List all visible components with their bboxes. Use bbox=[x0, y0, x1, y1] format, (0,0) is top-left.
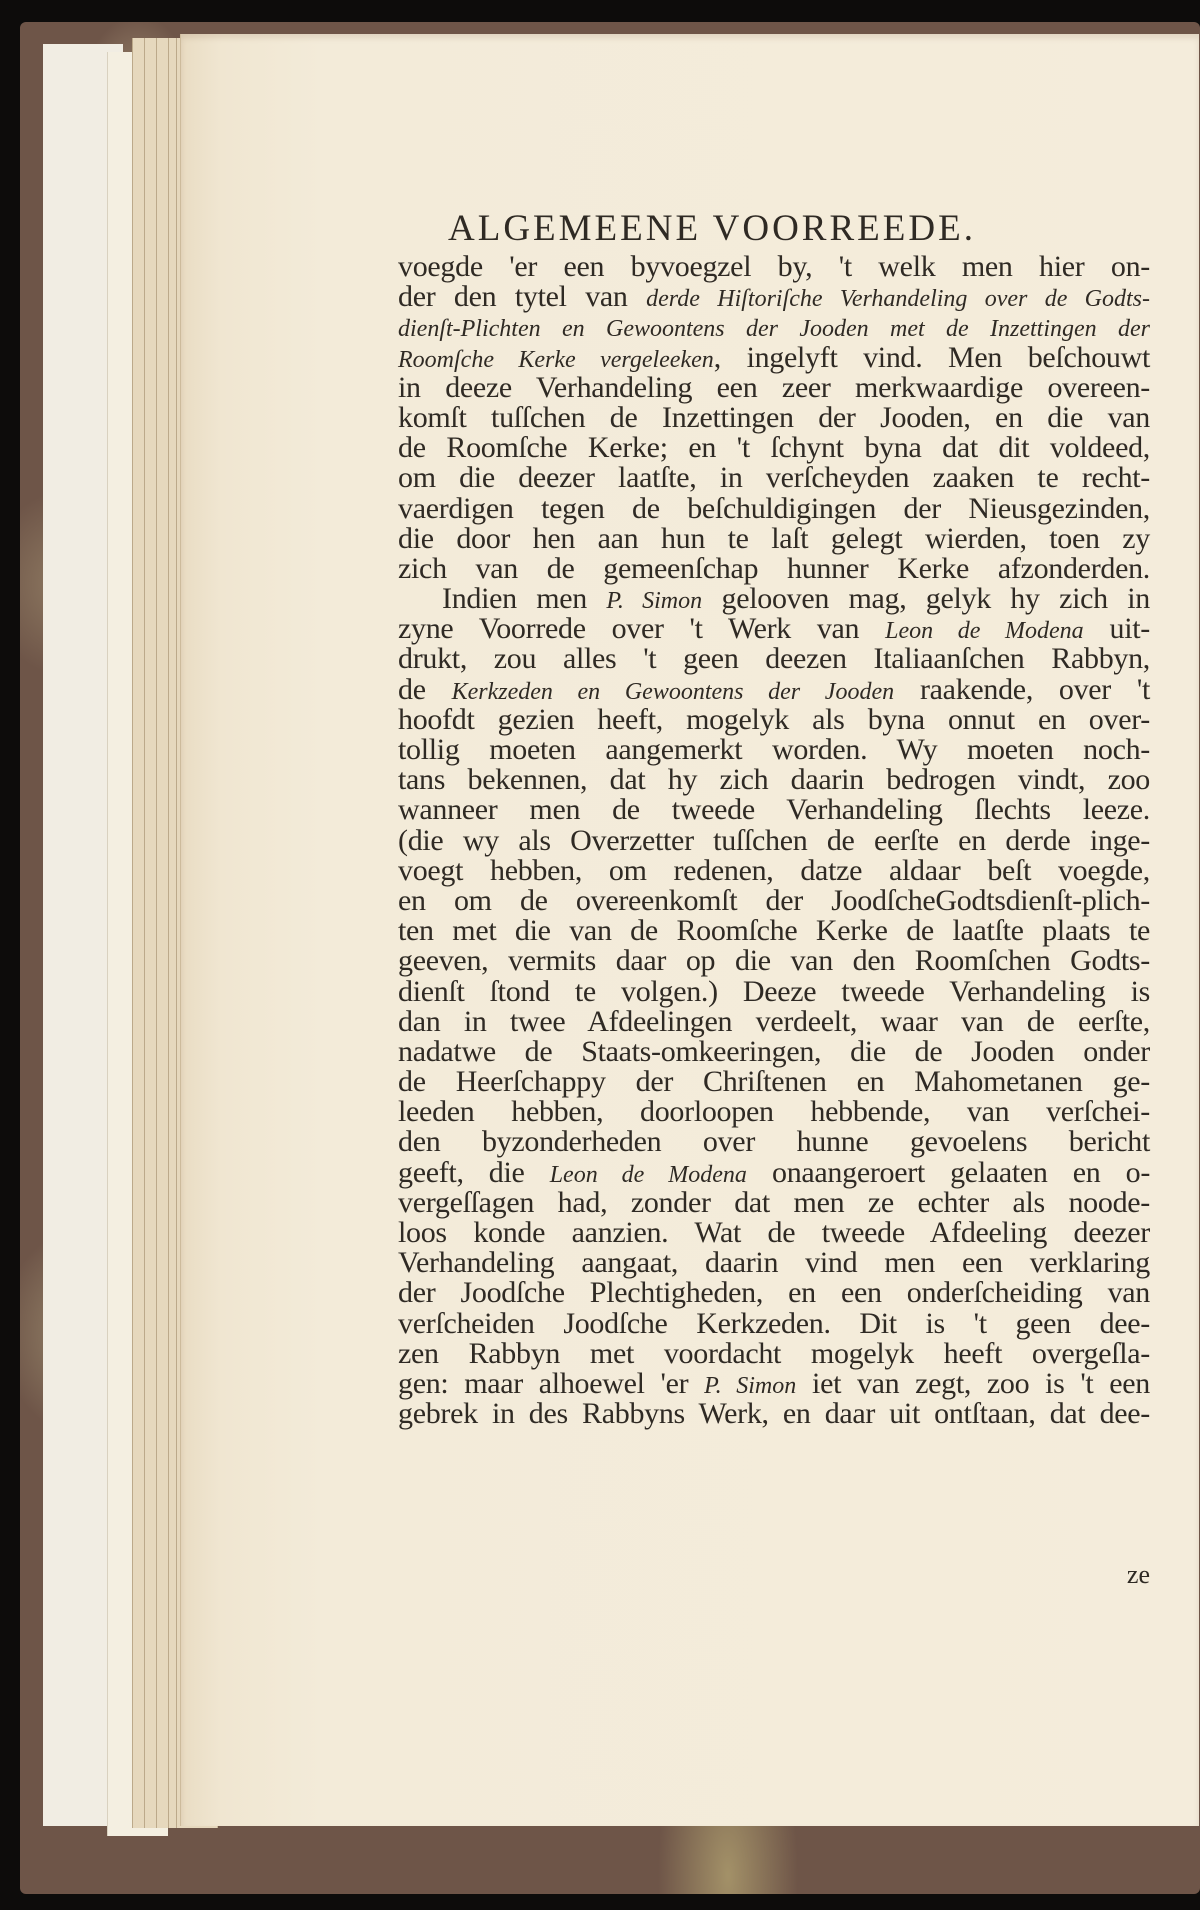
text-line: hoofdt gezien heeft, mogelyk als byna on… bbox=[398, 705, 1150, 735]
text-span: onaangeroert gelaaten en o- bbox=[747, 1156, 1150, 1189]
text-line: vaerdigen tegen de beſchuldigingen der N… bbox=[398, 494, 1150, 524]
text-line: der den tytel van derde Hiſtoriſche Verh… bbox=[398, 282, 1150, 312]
text-span: wanneer men de tweede Verhandeling ſlech… bbox=[398, 793, 1150, 826]
text-line: verſcheiden Joodſche Kerkzeden. Dit is '… bbox=[398, 1309, 1150, 1339]
page-text-block: ALGEMEENE VOORREEDE. voegde 'er een byvo… bbox=[398, 206, 1150, 1429]
text-span: gen: maar alhoewel 'er bbox=[398, 1367, 704, 1400]
text-span: gebrek in des Rabbyns Werk, en daar uit … bbox=[398, 1397, 1150, 1430]
text-span: zich van de gemeenſchap hunner Kerke afz… bbox=[398, 552, 1150, 585]
text-line: zen Rabbyn met voordacht mogelyk heeft o… bbox=[398, 1339, 1150, 1369]
text-span: verſcheiden Joodſche Kerkzeden. Dit is '… bbox=[398, 1307, 1150, 1340]
text-span: der Joodſche Plechtigheden, en een onder… bbox=[398, 1276, 1150, 1309]
italic-span: P. Simon bbox=[606, 588, 702, 614]
text-span: uit- bbox=[1084, 612, 1150, 645]
text-line: wanneer men de tweede Verhandeling ſlech… bbox=[398, 795, 1150, 825]
italic-span: Leon de Modena bbox=[550, 1162, 747, 1188]
text-span: voegde 'er een byvoegzel by, 't welk men… bbox=[398, 250, 1150, 283]
text-span: de Heerſchappy der Chriſtenen en Mahomet… bbox=[398, 1065, 1150, 1098]
text-span: raakende, over 't bbox=[894, 673, 1150, 706]
text-line: zyne Voorrede over 't Werk van Leon de M… bbox=[398, 614, 1150, 644]
text-line: voegde 'er een byvoegzel by, 't welk men… bbox=[398, 252, 1150, 282]
text-span: komſt tuſſchen de Inzettingen der Jooden… bbox=[398, 401, 1150, 434]
text-line: dienſt ſtond te volgen.) Deeze tweede Ve… bbox=[398, 977, 1150, 1007]
text-line: nadatwe de Staats-omkeeringen, die de Jo… bbox=[398, 1037, 1150, 1067]
text-span: dan in twee Afdeelingen verdeelt, waar v… bbox=[398, 1005, 1150, 1038]
text-span: Verhandeling aangaat, daarin vind men ee… bbox=[398, 1246, 1150, 1279]
text-span: vergeſſagen had, zonder dat men ze echte… bbox=[398, 1186, 1150, 1219]
text-span: voegt hebben, om redenen, datze aldaar b… bbox=[398, 854, 1150, 887]
text-line: Indien men P. Simon gelooven mag, gelyk … bbox=[398, 584, 1150, 614]
text-line: komſt tuſſchen de Inzettingen der Jooden… bbox=[398, 403, 1150, 433]
text-span: zen Rabbyn met voordacht mogelyk heeft o… bbox=[398, 1337, 1150, 1370]
text-span: gelooven mag, gelyk hy zich in bbox=[702, 582, 1150, 615]
text-line: tans bekennen, dat hy zich daarin bedrog… bbox=[398, 765, 1150, 795]
text-line: (die wy als Overzetter tuſſchen de eerſt… bbox=[398, 826, 1150, 856]
italic-span: P. Simon bbox=[704, 1373, 796, 1399]
text-line: gen: maar alhoewel 'er P. Simon iet van … bbox=[398, 1369, 1150, 1399]
text-line: geeven, vermits daar op die van den Room… bbox=[398, 946, 1150, 976]
catchword: ze bbox=[1127, 1560, 1150, 1590]
text-line: voegt hebben, om redenen, datze aldaar b… bbox=[398, 856, 1150, 886]
text-span: geeft, die bbox=[398, 1156, 550, 1189]
text-span: in deeze Verhandeling een zeer merkwaard… bbox=[398, 371, 1150, 404]
text-span: de bbox=[398, 673, 452, 706]
text-line: die door hen aan hun te laſt gelegt wier… bbox=[398, 524, 1150, 554]
italic-span: Kerkzeden en Gewoontens der Jooden bbox=[452, 679, 895, 705]
body-text: voegde 'er een byvoegzel by, 't welk men… bbox=[398, 252, 1150, 1429]
text-span: der den tytel van bbox=[398, 280, 646, 313]
text-span: ten met die van de Roomſche Kerke de laa… bbox=[398, 914, 1150, 947]
text-line: geeft, die Leon de Modena onaangeroert g… bbox=[398, 1158, 1150, 1188]
text-span: zyne Voorrede over 't Werk van bbox=[398, 612, 885, 645]
text-line: leeden hebben, doorloopen hebbende, van … bbox=[398, 1097, 1150, 1127]
text-span: die door hen aan hun te laſt gelegt wier… bbox=[398, 522, 1150, 555]
text-span: (die wy als Overzetter tuſſchen de eerſt… bbox=[398, 824, 1150, 857]
text-span: hoofdt gezien heeft, mogelyk als byna on… bbox=[398, 703, 1150, 736]
text-span: tollig moeten aangemerkt worden. Wy moet… bbox=[398, 733, 1150, 766]
text-span: tans bekennen, dat hy zich daarin bedrog… bbox=[398, 763, 1150, 796]
text-span: , ingelyft vind. Men beſchouwt bbox=[714, 341, 1150, 374]
text-line: en om de overeenkomſt der JoodſcheGodtsd… bbox=[398, 886, 1150, 916]
text-line: in deeze Verhandeling een zeer merkwaard… bbox=[398, 373, 1150, 403]
text-line: gebrek in des Rabbyns Werk, en daar uit … bbox=[398, 1399, 1150, 1429]
text-line: Verhandeling aangaat, daarin vind men ee… bbox=[398, 1248, 1150, 1278]
text-line: den byzonderheden over hunne gevoelens b… bbox=[398, 1127, 1150, 1157]
text-line: Roomſche Kerke vergeleeken, ingelyft vin… bbox=[398, 343, 1150, 373]
text-span: nadatwe de Staats-omkeeringen, die de Jo… bbox=[398, 1035, 1150, 1068]
italic-span: dienſt-Plichten en Gewoontens der Jooden… bbox=[398, 316, 1150, 342]
text-span: en om de overeenkomſt der JoodſcheGodtsd… bbox=[398, 884, 1150, 917]
text-line: drukt, zou alles 't geen deezen Italiaan… bbox=[398, 644, 1150, 674]
text-line: vergeſſagen had, zonder dat men ze echte… bbox=[398, 1188, 1150, 1218]
text-span: iet van zegt, zoo is 't een bbox=[796, 1367, 1150, 1400]
text-line: dan in twee Afdeelingen verdeelt, waar v… bbox=[398, 1007, 1150, 1037]
text-line: de Roomſche Kerke; en 't ſchynt byna dat… bbox=[398, 433, 1150, 463]
text-span: geeven, vermits daar op die van den Room… bbox=[398, 944, 1150, 977]
text-line: om die deezer laatſte, in verſcheyden za… bbox=[398, 463, 1150, 493]
text-span: dienſt ſtond te volgen.) Deeze tweede Ve… bbox=[398, 975, 1150, 1008]
text-line: loos konde aanzien. Wat de tweede Afdeel… bbox=[398, 1218, 1150, 1248]
text-span: de Roomſche Kerke; en 't ſchynt byna dat… bbox=[398, 431, 1150, 464]
text-span: om die deezer laatſte, in verſcheyden za… bbox=[398, 461, 1150, 494]
text-line: zich van de gemeenſchap hunner Kerke afz… bbox=[398, 554, 1150, 584]
text-span: Indien men bbox=[442, 582, 606, 615]
italic-span: Roomſche Kerke vergeleeken bbox=[398, 347, 714, 373]
text-span: den byzonderheden over hunne gevoelens b… bbox=[398, 1125, 1150, 1158]
text-span: vaerdigen tegen de beſchuldigingen der N… bbox=[398, 492, 1150, 525]
text-span: drukt, zou alles 't geen deezen Italiaan… bbox=[398, 642, 1150, 675]
text-span: loos konde aanzien. Wat de tweede Afdeel… bbox=[398, 1216, 1150, 1249]
text-line: ten met die van de Roomſche Kerke de laa… bbox=[398, 916, 1150, 946]
italic-span: derde Hiſtoriſche Verhandeling over de G… bbox=[646, 286, 1150, 312]
text-line: der Joodſche Plechtigheden, en een onder… bbox=[398, 1278, 1150, 1308]
text-line: de Kerkzeden en Gewoontens der Jooden ra… bbox=[398, 675, 1150, 705]
italic-span: Leon de Modena bbox=[885, 618, 1084, 644]
running-head: ALGEMEENE VOORREEDE. bbox=[448, 206, 1150, 252]
text-line: dienſt-Plichten en Gewoontens der Jooden… bbox=[398, 312, 1150, 342]
text-line: de Heerſchappy der Chriſtenen en Mahomet… bbox=[398, 1067, 1150, 1097]
text-line: tollig moeten aangemerkt worden. Wy moet… bbox=[398, 735, 1150, 765]
text-span: leeden hebben, doorloopen hebbende, van … bbox=[398, 1095, 1150, 1128]
